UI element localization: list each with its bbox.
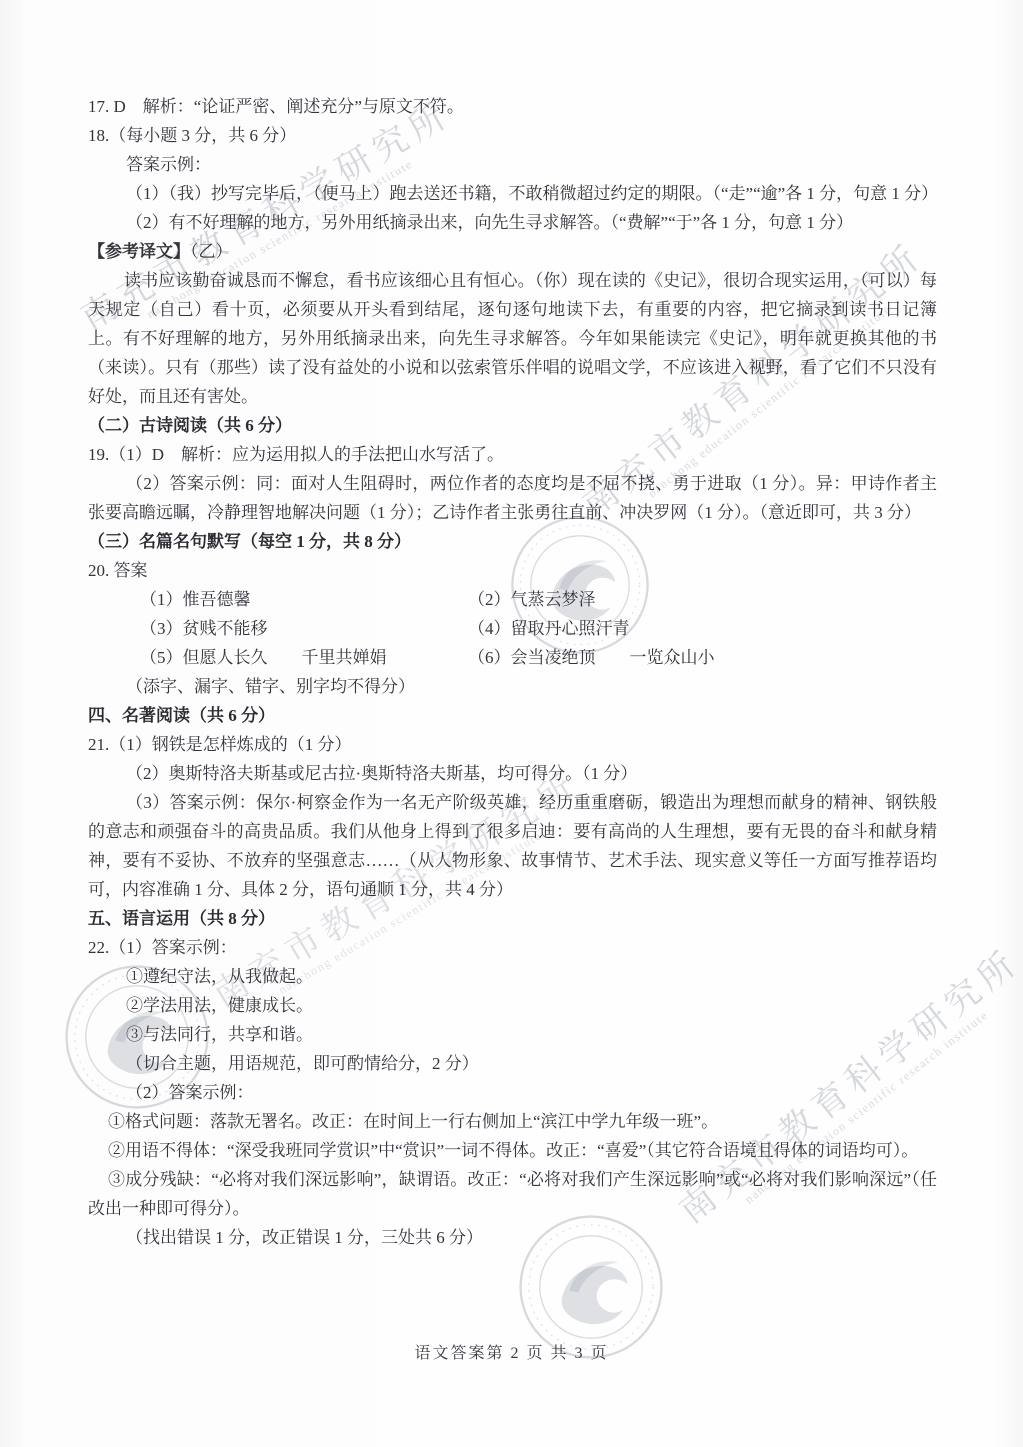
- answer-20-cell: （2）气蒸云梦泽: [468, 585, 937, 614]
- answer-20-cell: （5）但愿人长久 千里共婵娟: [140, 643, 468, 672]
- answer-19-2: （2）答案示例：同：面对人生阻碍时，两位作者的态度均是不屈不挠、勇于进取（1 分…: [88, 469, 937, 527]
- answer-20-label: 20. 答案: [88, 556, 937, 585]
- answer-22-2-item-2: ②用语不得体：“深受我班同学赏识”中“赏识”一词不得体。改正：“喜爱”（其它符合…: [88, 1136, 937, 1165]
- answer-18-header: 18.（每小题 3 分，共 6 分）: [88, 121, 937, 150]
- answer-document: 17. D 解析：“论证严密、阐述充分”与原文不符。 18.（每小题 3 分，共…: [88, 92, 937, 1252]
- reference-translation-suffix: （乙）: [190, 242, 233, 261]
- answer-20-note: （添字、漏字、错字、别字均不得分）: [88, 672, 937, 701]
- section-5-heading: 五、语言运用（共 8 分）: [88, 904, 937, 933]
- section-3-heading: （三）名篇名句默写（每空 1 分，共 8 分）: [88, 527, 937, 556]
- reference-translation: 读书应该勤奋诚恳而不懈怠，看书应该细心且有恒心。（你）现在读的《史记》，很切合现…: [88, 266, 937, 411]
- answer-20-cell: （3）贫贱不能移: [140, 614, 468, 643]
- answer-22-2-note: （找出错误 1 分，改正错误 1 分，三处共 6 分）: [88, 1223, 937, 1252]
- section-4-heading: 四、名著阅读（共 6 分）: [88, 701, 937, 730]
- answer-17: 17. D 解析：“论证严密、阐述充分”与原文不符。: [88, 92, 937, 121]
- answer-21-1: 21.（1）钢铁是怎样炼成的（1 分）: [88, 730, 937, 759]
- answer-22-1-slogan-2: ②学法用法，健康成长。: [88, 991, 937, 1020]
- reference-translation-label: 【参考译文】: [88, 242, 190, 261]
- answer-21-2: （2）奥斯特洛夫斯基或尼古拉·奥斯特洛夫斯基，均可得分。（1 分）: [88, 759, 937, 788]
- answer-19-1: 19.（1）D 解析：应为运用拟人的手法把山水写活了。: [88, 440, 937, 469]
- answer-18-item-1: （1）（我）抄写完毕后，（便马上）跑去送还书籍，不敢稍微超过约定的期限。（“走”…: [88, 179, 937, 208]
- answer-22-2-item-3: ③成分残缺：“必将对我们深远影响”，缺谓语。改正：“必将对我们产生深远影响”或“…: [88, 1165, 937, 1223]
- answer-22-2-label: （2）答案示例：: [88, 1078, 937, 1107]
- answer-21-3: （3）答案示例：保尔·柯察金作为一名无产阶级英雄，经历重重磨砺，锻造出为理想而献…: [88, 788, 937, 904]
- answer-22-1-note: （切合主题，用语规范，即可酌情给分，2 分）: [88, 1049, 937, 1078]
- section-2-heading: （二）古诗阅读（共 6 分）: [88, 411, 937, 440]
- answer-sheet-page: 南充市教育科学研究所 nanchong education scientific…: [0, 0, 1023, 1447]
- answer-22-1-label: 22.（1）答案示例：: [88, 933, 937, 962]
- answer-18-item-2: （2）有不好理解的地方，另外用纸摘录出来，向先生寻求解答。（“费解”“于”各 1…: [88, 208, 937, 237]
- answer-22-1-slogan-3: ③与法同行，共享和谐。: [88, 1020, 937, 1049]
- answer-20-cell: （4）留取丹心照汗青: [468, 614, 937, 643]
- answer-20-cell: （1）惟吾德馨: [140, 585, 468, 614]
- answer-22-2-item-1: ①格式问题：落款无署名。改正：在时间上一行右侧加上“滨江中学九年级一班”。: [88, 1107, 937, 1136]
- answer-20-cell: （6）会当凌绝顶 一览众山小: [468, 643, 937, 672]
- page-footer: 语文答案第 2 页 共 3 页: [0, 1340, 1023, 1363]
- answer-18-example-label: 答案示例：: [88, 150, 937, 179]
- answer-22-1-slogan-1: ①遵纪守法，从我做起。: [88, 962, 937, 991]
- answer-20-grid: （1）惟吾德馨 （2）气蒸云梦泽 （3）贫贱不能移 （4）留取丹心照汗青 （5）…: [88, 585, 937, 672]
- reference-translation-heading: 【参考译文】（乙）: [88, 237, 937, 266]
